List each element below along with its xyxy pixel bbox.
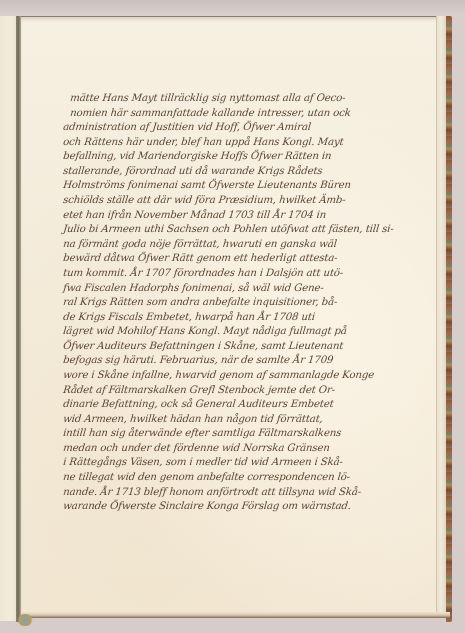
text-line: wid Armeen, hwilket hädan han någon tid … bbox=[61, 413, 383, 428]
text-line: mätte Hans Mayt tillräcklig sig nyttomas… bbox=[61, 92, 383, 107]
text-line: lägret wid Mohilof Hans Kongl. Mayt nådi… bbox=[61, 325, 383, 340]
text-line: ral Krigs Rätten som andra anbefalte inq… bbox=[61, 296, 383, 311]
text-line: och Rättens här under, blef han uppå Han… bbox=[61, 136, 383, 151]
manuscript-scan: mätte Hans Mayt tillräcklig sig nyttomas… bbox=[0, 0, 465, 633]
text-line: befogas sig häruti. Februarius, när de s… bbox=[61, 354, 383, 369]
marbled-corner bbox=[16, 614, 34, 626]
text-line: ne tillegat wid den genom anbefalte corr… bbox=[61, 471, 383, 486]
page-bottom-edge bbox=[22, 612, 450, 618]
text-line: medan och under det fördenne wid Norrska… bbox=[61, 442, 383, 457]
text-line: nomien här sammanfattade kallande intres… bbox=[61, 107, 383, 122]
text-line: schiölds ställe att där wid föra Præsidi… bbox=[61, 194, 383, 209]
text-line: befallning, vid Mariendorgiske Hoffs Öfw… bbox=[61, 150, 383, 165]
text-line: de Krigs Fiscals Embetet, hwarpå han År … bbox=[61, 311, 383, 326]
text-line: wore i Skåne infallne, hwarvid genom af … bbox=[61, 369, 383, 384]
text-line: stallerande, förordnad uti då warande Kr… bbox=[61, 165, 383, 180]
text-line: etet han ifrån November Månad 1703 till … bbox=[61, 209, 383, 224]
text-line: Julio bi Armeen uthi Sachsen och Pohlen … bbox=[61, 223, 383, 238]
handwritten-text-block: mätte Hans Mayt tillräcklig sig nyttomas… bbox=[62, 92, 382, 515]
text-line: fwa Fiscalen Hadorphs fonimenai, så wäl … bbox=[61, 282, 383, 297]
text-line: Rådet af Fältmarskalken Grefl Stenbock j… bbox=[61, 384, 383, 399]
text-line: Öfwer Auditeurs Befattningen i Skåne, sa… bbox=[61, 340, 383, 355]
text-line: administration af Justitien vid Hoff, Öf… bbox=[61, 121, 383, 136]
text-line: dinarie Befattning, ock så General Audit… bbox=[61, 398, 383, 413]
marbled-cover-edge bbox=[446, 16, 452, 622]
book-gutter bbox=[16, 16, 21, 622]
text-line: intill han sig återwände efter samtliga … bbox=[61, 427, 383, 442]
text-line: bewärd dåtwa Öfwer Rätt genom ett hederl… bbox=[61, 252, 383, 267]
text-line: na förmänt goda nöje förrättat, hwaruti … bbox=[61, 238, 383, 253]
text-line: nande. År 1713 bleff honom anförtrodt at… bbox=[61, 486, 383, 501]
text-line: warande Öfwerste Sinclaire Konga Förslag… bbox=[61, 500, 383, 515]
text-line: tum kommit. År 1707 förordnades han i Da… bbox=[61, 267, 383, 282]
text-line: i Rättegångs Väsen, som i medler tid wid… bbox=[61, 456, 383, 471]
text-line: Holmströms fonimenai samt Öfwerste Lieut… bbox=[61, 179, 383, 194]
